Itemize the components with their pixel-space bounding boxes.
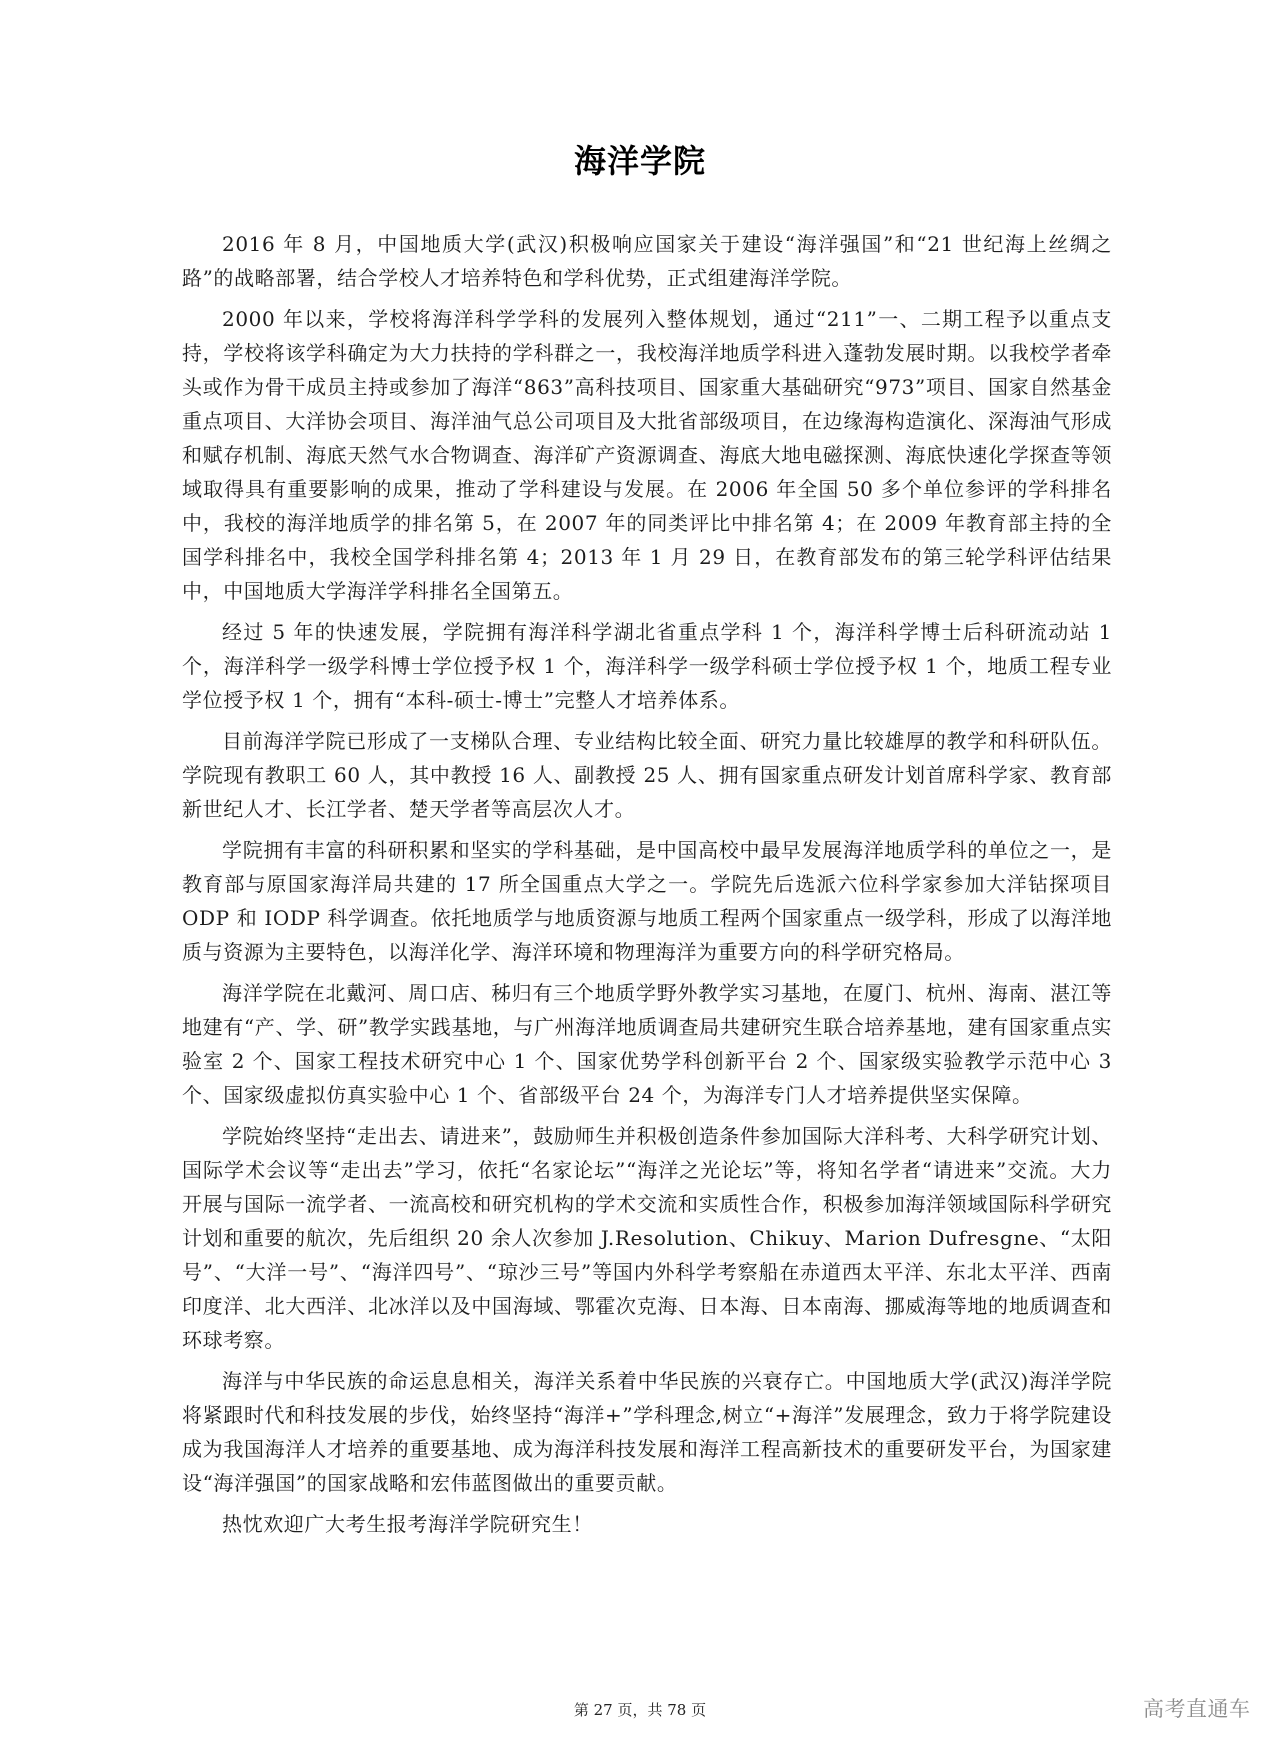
page-number: 第 27 页，共 78 页 — [0, 1700, 1280, 1720]
paragraph-bases-platforms: 海洋学院在北戴河、周口店、秭归有三个地质学野外教学实习基地，在厦门、杭州、海南、… — [182, 976, 1112, 1112]
paragraph-welcome: 热忱欢迎广大考生报考海洋学院研究生！ — [182, 1507, 1112, 1541]
paragraph-mission: 海洋与中华民族的命运息息相关，海洋关系着中华民族的兴衰存亡。中国地质大学(武汉)… — [182, 1364, 1112, 1500]
page-title: 海洋学院 — [0, 141, 1280, 181]
document-body: 2016 年 8 月，中国地质大学(武汉)积极响应国家关于建设“海洋强国”和“2… — [182, 227, 1112, 1548]
paragraph-founding: 2016 年 8 月，中国地质大学(武汉)积极响应国家关于建设“海洋强国”和“2… — [182, 227, 1112, 295]
paragraph-international-exchange: 学院始终坚持“走出去、请进来”，鼓励师生并积极创造条件参加国际大洋科考、大科学研… — [182, 1119, 1112, 1357]
watermark: 高考直通车 — [1143, 1696, 1251, 1722]
paragraph-research-foundation: 学院拥有丰富的科研积累和坚实的学科基础，是中国高校中最早发展海洋地质学科的单位之… — [182, 833, 1112, 969]
paragraph-degrees: 经过 5 年的快速发展，学院拥有海洋科学湖北省重点学科 1 个，海洋科学博士后科… — [182, 615, 1112, 717]
paragraph-history: 2000 年以来，学校将海洋科学学科的发展列入整体规划，通过“211”一、二期工… — [182, 302, 1112, 608]
paragraph-faculty: 目前海洋学院已形成了一支梯队合理、专业结构比较全面、研究力量比较雄厚的教学和科研… — [182, 724, 1112, 826]
